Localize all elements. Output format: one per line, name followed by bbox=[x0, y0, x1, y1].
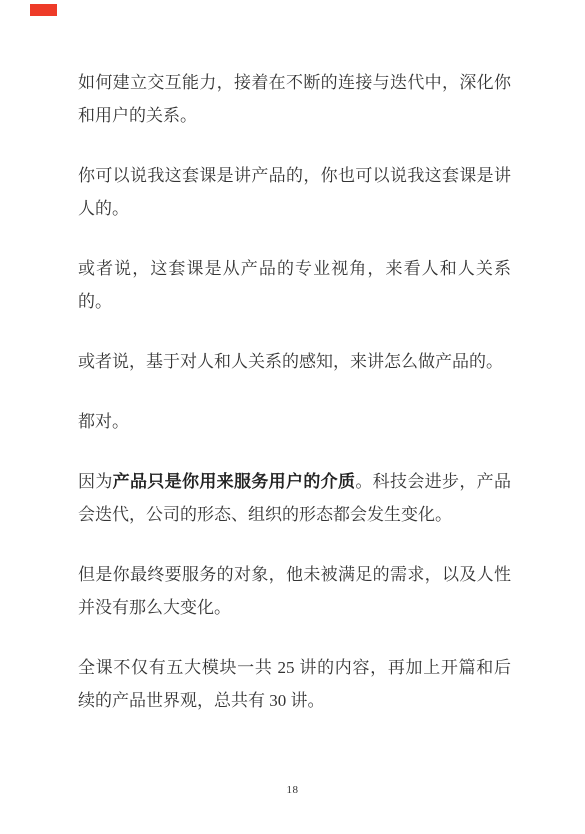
paragraph: 你可以说我这套课是讲产品的，你也可以说我这套课是讲人的。 bbox=[78, 159, 511, 225]
paragraph: 都对。 bbox=[78, 405, 511, 438]
page-footer: 18 bbox=[0, 780, 585, 798]
paragraph: 但是你最终要服务的对象，他未被满足的需求，以及人性并没有那么大变化。 bbox=[78, 558, 511, 624]
text-run: 如何建立交互能力，接着在不断的连接与迭代中，深化你和用户的关系。 bbox=[78, 73, 511, 125]
red-marker bbox=[30, 4, 57, 16]
paragraph: 因为产品只是你用来服务用户的介质。科技会进步，产品会迭代，公司的形态、组织的形态… bbox=[78, 465, 511, 531]
body-text: 如何建立交互能力，接着在不断的连接与迭代中，深化你和用户的关系。你可以说我这套课… bbox=[78, 66, 511, 744]
text-run: 你可以说我这套课是讲产品的，你也可以说我这套课是讲人的。 bbox=[78, 166, 511, 218]
page-number: 18 bbox=[287, 784, 299, 796]
text-run: 但是你最终要服务的对象，他未被满足的需求，以及人性并没有那么大变化。 bbox=[78, 565, 511, 617]
text-run: 或者说，这套课是从产品的专业视角，来看人和人关系的。 bbox=[78, 259, 511, 311]
paragraph: 或者说，基于对人和人关系的感知，来讲怎么做产品的。 bbox=[78, 345, 511, 378]
paragraph: 全课不仅有五大模块一共 25 讲的内容，再加上开篇和后续的产品世界观，总共有 3… bbox=[78, 651, 511, 717]
paragraph: 如何建立交互能力，接着在不断的连接与迭代中，深化你和用户的关系。 bbox=[78, 66, 511, 132]
document-page: 如何建立交互能力，接着在不断的连接与迭代中，深化你和用户的关系。你可以说我这套课… bbox=[0, 0, 585, 834]
text-run: 都对。 bbox=[78, 412, 129, 431]
bold-text-run: 产品只是你用来服务用户的介质 bbox=[113, 472, 356, 491]
text-run: 或者说，基于对人和人关系的感知，来讲怎么做产品的。 bbox=[78, 352, 503, 371]
paragraph: 或者说，这套课是从产品的专业视角，来看人和人关系的。 bbox=[78, 252, 511, 318]
text-run: 全课不仅有五大模块一共 25 讲的内容，再加上开篇和后续的产品世界观，总共有 3… bbox=[78, 658, 511, 710]
text-run: 因为 bbox=[78, 472, 113, 491]
